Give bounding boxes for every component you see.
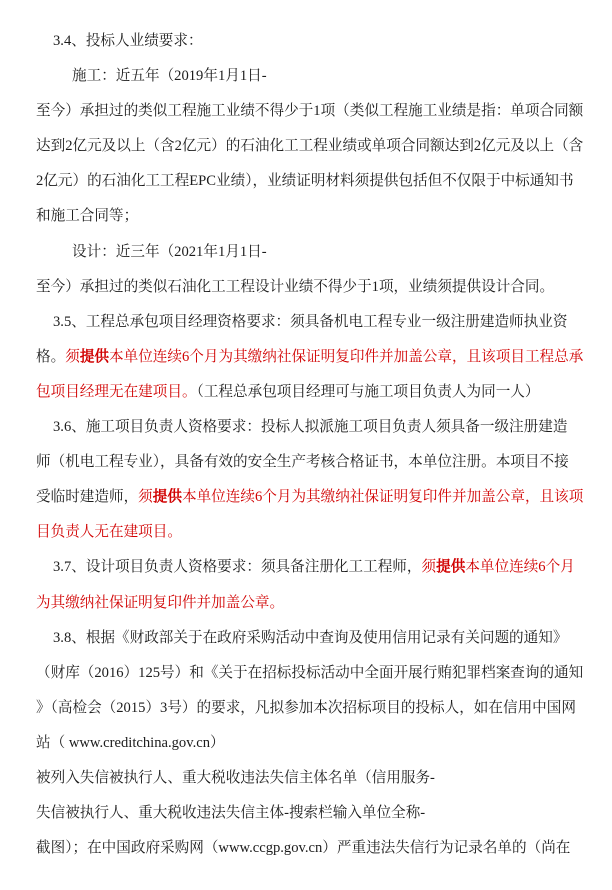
- text-line: 目负责人无在建项目。: [36, 515, 581, 550]
- body-text: 和施工合同等；: [36, 208, 138, 224]
- body-text: 设计：近三年（2021年1月1日-: [72, 244, 267, 260]
- body-text: 达到2亿元及以上（含2亿元）的石油化工工程业绩或单项合同额达到2亿元及以上（含: [36, 138, 583, 154]
- text-line: （财库（2016）125号）和《关于在招标投标活动中全面开展行贿犯罪档案查询的通…: [36, 656, 581, 691]
- text-line: 》（高检会（2015）3号）的要求，凡拟参加本次招标项目的投标人，如在信用中国网: [36, 691, 581, 726]
- document-body: 3.4、投标人业绩要求：施工：近五年（2019年1月1日-至今）承担过的类似工程…: [36, 24, 581, 866]
- document-page: 3.4、投标人业绩要求：施工：近五年（2019年1月1日-至今）承担过的类似工程…: [0, 0, 612, 890]
- highlighted-text: 须: [422, 559, 437, 575]
- text-line: 站（ www.creditchina.gov.cn）: [36, 726, 581, 761]
- body-text: 受临时建造师，: [36, 489, 138, 505]
- text-line: 和施工合同等；: [36, 199, 581, 234]
- text-line: 格。须提供本单位连续6个月为其缴纳社保证明复印件并加盖公章，且该项目工程总承: [36, 340, 581, 375]
- highlighted-text: 为其缴纳社保证明复印件并加盖公章。: [36, 595, 284, 611]
- text-line: 截图）；在中国政府采购网（www.ccgp.gov.cn）严重违法失信行为记录名…: [36, 831, 581, 866]
- highlighted-text: 目负责人无在建项目。: [36, 524, 182, 540]
- text-line: 至今）承担过的类似工程施工业绩不得少于1项（类似工程施工业绩是指：单项合同额: [36, 94, 581, 129]
- text-line: 为其缴纳社保证明复印件并加盖公章。: [36, 586, 581, 621]
- highlighted-text: 本单位连续6个月为其缴纳社保证明复印件并加盖公章，且该项: [182, 489, 583, 505]
- text-line: 师（机电工程专业），具备有效的安全生产考核合格证书，本单位注册。本项目不接: [36, 445, 581, 480]
- body-text: 3.7、设计项目负责人资格要求：须具备注册化工工程师，: [53, 559, 422, 575]
- body-text: 至今）承担过的类似工程施工业绩不得少于1项（类似工程施工业绩是指：单项合同额: [36, 103, 583, 119]
- body-text: 师（机电工程专业），具备有效的安全生产考核合格证书，本单位注册。本项目不接: [36, 454, 569, 470]
- body-text: 至今）承担过的类似石油化工工程设计业绩不得少于1项，业绩须提供设计合同。: [36, 279, 554, 295]
- body-text: 3.8、根据《财政部关于在政府采购活动中查询及使用信用记录有关问题的通知》: [53, 630, 567, 646]
- text-line: 3.4、投标人业绩要求：: [36, 24, 581, 59]
- highlighted-text: 提供: [436, 559, 465, 575]
- text-line: 2亿元）的石油化工工程EPC业绩），业绩证明材料须提供包括但不仅限于中标通知书: [36, 164, 581, 199]
- highlighted-text: 须: [65, 349, 80, 365]
- text-line: 达到2亿元及以上（含2亿元）的石油化工工程业绩或单项合同额达到2亿元及以上（含: [36, 129, 581, 164]
- body-text: 3.4、投标人业绩要求：: [53, 33, 203, 49]
- text-line: 3.6、施工项目负责人资格要求：投标人拟派施工项目负责人须具备一级注册建造: [36, 410, 581, 445]
- body-text: 失信被执行人、重大税收违法失信主体-搜索栏输入单位全称-: [36, 805, 425, 821]
- body-text: 》（高检会（2015）3号）的要求，凡拟参加本次招标项目的投标人，如在信用中国网: [36, 700, 576, 716]
- body-text: 3.6、施工项目负责人资格要求：投标人拟派施工项目负责人须具备一级注册建造: [53, 419, 567, 435]
- text-line: 至今）承担过的类似石油化工工程设计业绩不得少于1项，业绩须提供设计合同。: [36, 270, 581, 305]
- body-text: （财库（2016）125号）和《关于在招标投标活动中全面开展行贿犯罪档案查询的通…: [36, 665, 583, 681]
- highlighted-text: 须: [138, 489, 153, 505]
- body-text: 施工：近五年（2019年1月1日-: [72, 68, 267, 84]
- text-line: 包项目经理无在建项目。（工程总承包项目经理可与施工项目负责人为同一人）: [36, 375, 581, 410]
- text-line: 3.8、根据《财政部关于在政府采购活动中查询及使用信用记录有关问题的通知》: [36, 621, 581, 656]
- highlighted-text: 本单位连续6个月: [465, 559, 574, 575]
- text-line: 失信被执行人、重大税收违法失信主体-搜索栏输入单位全称-: [36, 796, 581, 831]
- highlighted-text: 提供: [80, 349, 109, 365]
- body-text: 截图）；在中国政府采购网（www.ccgp.gov.cn）严重违法失信行为记录名…: [36, 840, 570, 856]
- text-line: 施工：近五年（2019年1月1日-: [36, 59, 581, 94]
- body-text: 2亿元）的石油化工工程EPC业绩），业绩证明材料须提供包括但不仅限于中标通知书: [36, 173, 574, 189]
- text-line: 被列入失信被执行人、重大税收违法失信主体名单（信用服务-: [36, 761, 581, 796]
- body-text: 格。: [36, 349, 65, 365]
- highlighted-text: 提供: [153, 489, 182, 505]
- body-text: 3.5、工程总承包项目经理资格要求：须具备机电工程专业一级注册建造师执业资: [53, 314, 567, 330]
- text-line: 3.7、设计项目负责人资格要求：须具备注册化工工程师，须提供本单位连续6个月: [36, 550, 581, 585]
- highlighted-text: 包项目经理无在建项目。: [36, 384, 197, 400]
- body-text: （工程总承包项目经理可与施工项目负责人为同一人）: [197, 384, 540, 400]
- highlighted-text: 本单位连续6个月为其缴纳社保证明复印件并加盖公章，且该项目工程总承: [109, 349, 583, 365]
- text-line: 受临时建造师，须提供本单位连续6个月为其缴纳社保证明复印件并加盖公章，且该项: [36, 480, 581, 515]
- text-line: 3.5、工程总承包项目经理资格要求：须具备机电工程专业一级注册建造师执业资: [36, 305, 581, 340]
- text-line: 设计：近三年（2021年1月1日-: [36, 235, 581, 270]
- body-text: 站（ www.creditchina.gov.cn）: [36, 735, 225, 751]
- body-text: 被列入失信被执行人、重大税收违法失信主体名单（信用服务-: [36, 770, 435, 786]
